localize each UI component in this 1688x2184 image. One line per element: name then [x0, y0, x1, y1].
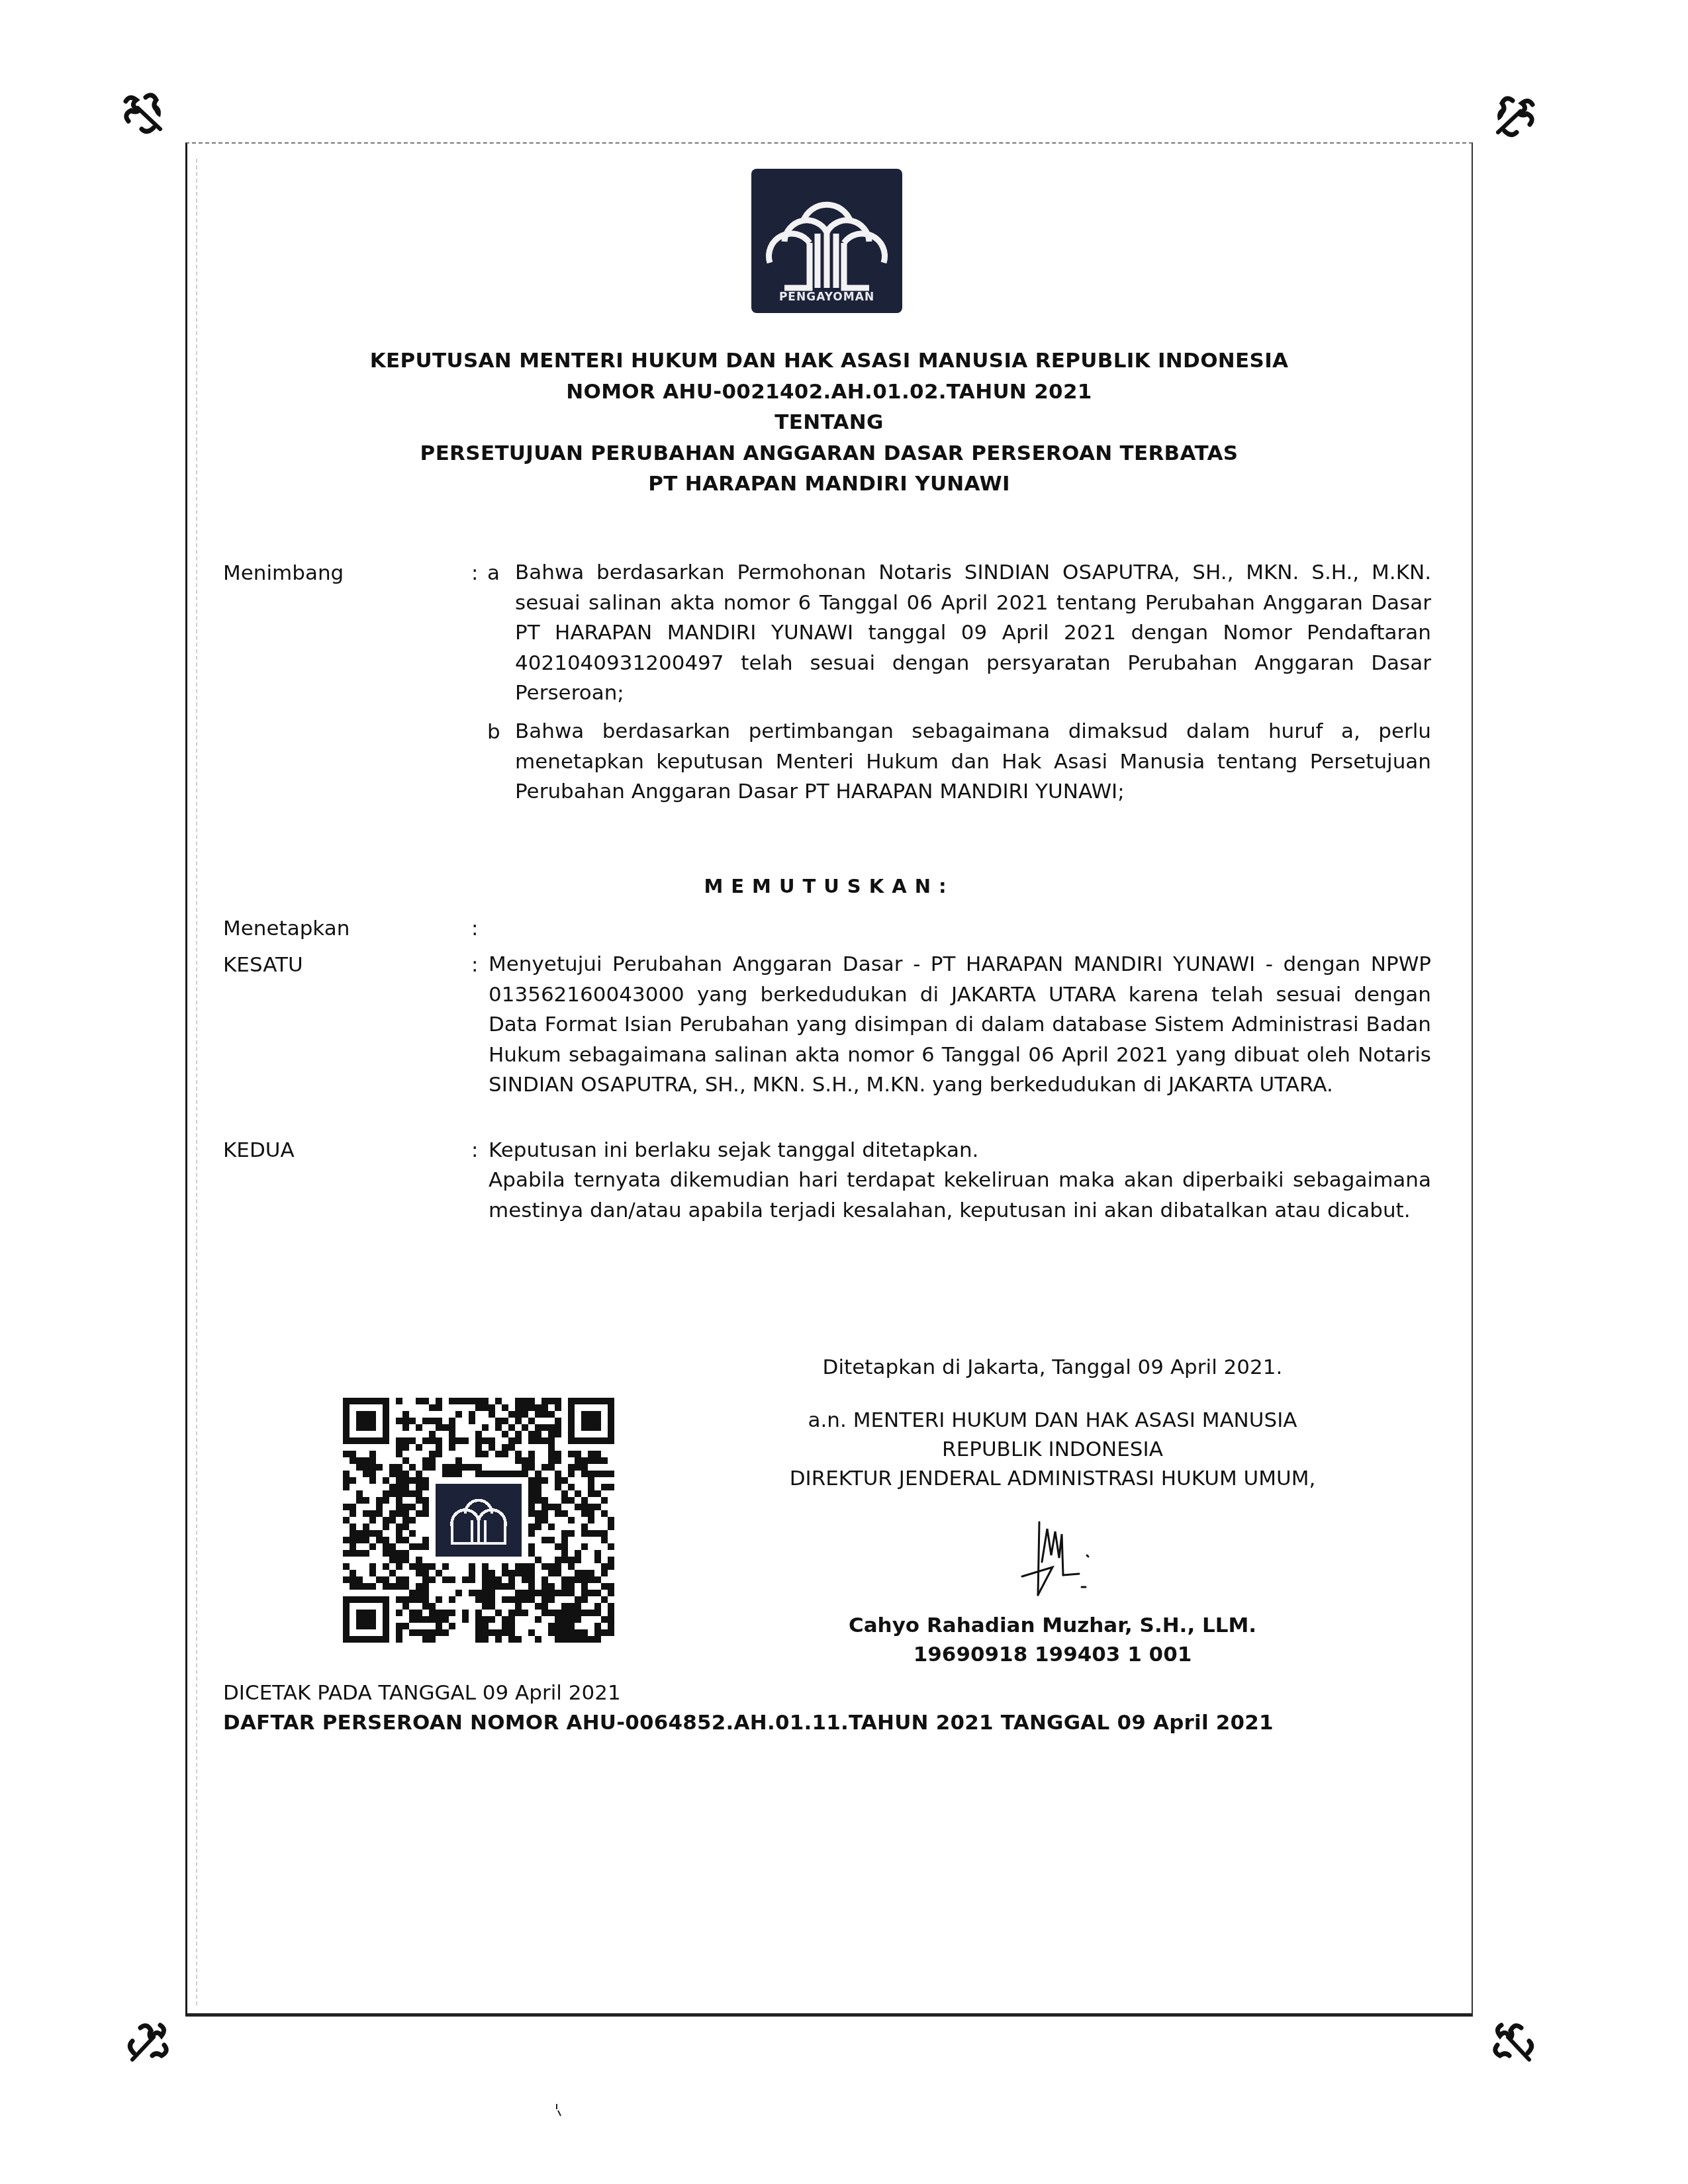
company-name: PT HARAPAN MANDIRI YUNAWI — [185, 469, 1473, 500]
on-behalf-line-1: a.n. MENTERI HUKUM DAN HAK ASASI MANUSIA — [755, 1408, 1350, 1432]
signer-position: DIREKTUR JENDERAL ADMINISTRASI HUKUM UMU… — [755, 1467, 1350, 1490]
title-line-tentang: TENTANG — [185, 407, 1473, 438]
title-subject: PERSETUJUAN PERUBAHAN ANGGARAN DASAR PER… — [185, 438, 1473, 469]
decree-number: NOMOR AHU-0021402.AH.01.02.TAHUN 2021 — [185, 377, 1473, 408]
title-line-1: KEPUTUSAN MENTERI HUKUM DAN HAK ASASI MA… — [185, 345, 1473, 377]
scan-artifact — [555, 2103, 563, 2118]
handwritten-signature-icon — [1013, 1516, 1112, 1608]
kedua-label: KEDUA — [223, 1138, 295, 1162]
qr-code-icon[interactable] — [343, 1398, 614, 1643]
kesatu-label: KESATU — [223, 953, 303, 977]
menimbang-item-b-text: Bahwa berdasarkan pertimbangan sebagaima… — [515, 717, 1431, 807]
pengayoman-emblem: PENGAYOMAN — [751, 169, 902, 313]
kesatu-text: Menyetujui Perubahan Anggaran Dasar - PT… — [489, 950, 1431, 1101]
corner-flourish-icon — [119, 89, 172, 136]
company-register-number: DAFTAR PERSEROAN NOMOR AHU-0064852.AH.01… — [223, 1711, 1274, 1735]
on-behalf-line-2: REPUBLIK INDONESIA — [755, 1437, 1350, 1461]
kedua-line-1: Keputusan ini berlaku sejak tanggal dite… — [489, 1136, 978, 1165]
menetapkan-colon: : — [471, 917, 478, 940]
menimbang-item-a-letter: a — [487, 561, 500, 585]
printed-date: DICETAK PADA TANGGAL 09 April 2021 — [223, 1681, 621, 1705]
menimbang-label: Menimbang — [223, 561, 344, 585]
emblem-caption: PENGAYOMAN — [751, 291, 902, 304]
place-date: Ditetapkan di Jakarta, Tanggal 09 April … — [755, 1355, 1350, 1379]
kedua-colon: : — [471, 1138, 478, 1162]
decree-title: KEPUTUSAN MENTERI HUKUM DAN HAK ASASI MA… — [185, 345, 1473, 500]
memutuskan-heading: MEMUTUSKAN: — [185, 875, 1473, 897]
menimbang-item-b-letter: b — [487, 720, 500, 744]
kedua-text: Apabila ternyata dikemudian hari terdapa… — [489, 1165, 1431, 1226]
corner-flourish-icon — [126, 2019, 172, 2071]
signer-name: Cahyo Rahadian Muzhar, S.H., LLM. — [755, 1614, 1350, 1637]
corner-flourish-icon — [1486, 93, 1539, 139]
menimbang-colon: : — [471, 561, 478, 585]
signer-nip: 19690918 199403 1 001 — [755, 1643, 1350, 1666]
kesatu-colon: : — [471, 953, 478, 977]
menimbang-item-a-text: Bahwa berdasarkan Permohonan Notaris SIN… — [515, 558, 1431, 709]
corner-flourish-icon — [1489, 2019, 1536, 2071]
menetapkan-label: Menetapkan — [223, 917, 350, 940]
